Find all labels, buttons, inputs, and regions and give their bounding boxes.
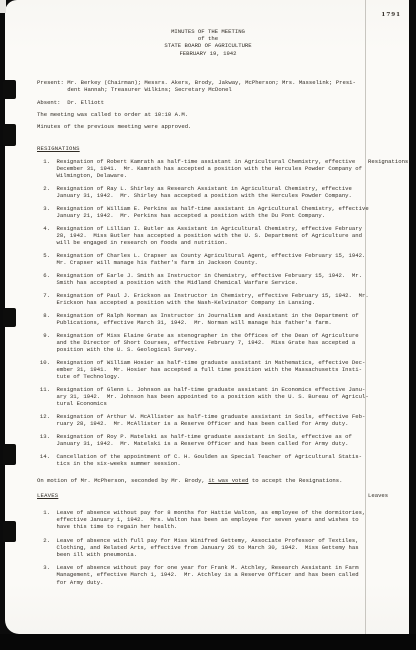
scanned-minutes-page: 1791 MINUTES OF THE MEETING of the STATE…	[0, 0, 416, 650]
resignation-item: 1. Resignation of Robert Kamrath as half…	[37, 158, 369, 180]
item-number: 1.	[37, 509, 50, 531]
motion-text-pre: On motion of Mr. McPherson, seconded by …	[37, 477, 208, 484]
present-line: dent Hannah; Treasurer Wilkins; Secretar…	[37, 86, 367, 93]
resignations-list: 1. Resignation of Robert Kamrath as half…	[37, 158, 369, 473]
item-number: 7.	[37, 292, 50, 306]
resignation-item: 7. Resignation of Paul J. Erickson as In…	[37, 292, 369, 306]
binder-hole-mark	[3, 124, 16, 146]
binder-hole-mark	[3, 521, 16, 542]
item-text: Resignation of Ray L. Shirley as Researc…	[57, 185, 352, 199]
item-text: Resignation of Ralph Norman as Instructo…	[57, 312, 359, 326]
resignation-item: 9. Resignation of Miss Elaine Grate as s…	[37, 332, 369, 354]
leave-item: 2. Leave of absence with full pay for Mi…	[37, 537, 369, 559]
resignations-motion-line: On motion of Mr. McPherson, seconded by …	[37, 477, 369, 484]
item-text: Resignation of William Hosier as half-ti…	[57, 359, 366, 381]
item-text: Resignation of Arthur W. McAllister as h…	[57, 413, 366, 427]
item-text: Resignation of Glenn L. Johnson as half-…	[57, 386, 369, 408]
item-number: 13.	[37, 433, 50, 447]
item-number: 2.	[37, 537, 50, 559]
item-number: 1.	[37, 158, 50, 180]
absent-line: Absent: Dr. Elliott	[37, 99, 367, 106]
resignation-item: 8. Resignation of Ralph Norman as Instru…	[37, 312, 369, 326]
resignation-item: 10. Resignation of William Hosier as hal…	[37, 359, 369, 381]
resignation-item: 14. Cancellation of the appointment of C…	[37, 453, 369, 467]
leave-item: 3. Leave of absence without pay for one …	[37, 564, 369, 586]
item-text: Resignation of Lillian I. Butler as Assi…	[57, 225, 362, 247]
item-number: 4.	[37, 225, 50, 247]
resignations-heading: RESIGNATIONS	[37, 145, 80, 152]
present-line: Present: Mr. Berkey (Chairman); Messrs. …	[37, 79, 367, 86]
item-text: Cancellation of the appointment of C. H.…	[57, 453, 362, 467]
title-line-4: FEBRUARY 19, 1942	[37, 50, 379, 57]
item-text: Resignation of Robert Kamrath as half-ti…	[57, 158, 362, 180]
item-number: 11.	[37, 386, 50, 408]
item-number: 9.	[37, 332, 50, 354]
document-page: 1791 MINUTES OF THE MEETING of the STATE…	[5, 0, 409, 634]
page-number: 1791	[381, 12, 401, 19]
item-number: 3.	[37, 205, 50, 219]
item-number: 14.	[37, 453, 50, 467]
binder-hole-mark	[3, 444, 16, 465]
resignation-item: 2. Resignation of Ray L. Shirley as Rese…	[37, 185, 369, 199]
binder-hole-mark	[3, 308, 16, 327]
item-text: Leave of absence without pay for one yea…	[57, 564, 359, 586]
item-number: 8.	[37, 312, 50, 326]
resignation-item: 11. Resignation of Glenn L. Johnson as h…	[37, 386, 369, 408]
resignation-item: 5. Resignation of Charles L. Crapser as …	[37, 252, 369, 266]
item-number: 2.	[37, 185, 50, 199]
resignation-item: 13. Resignation of Roy P. Matelski as ha…	[37, 433, 369, 447]
leaves-margin-note: Leaves	[368, 492, 412, 499]
binder-hole-mark	[3, 80, 16, 99]
item-text: Resignation of Roy P. Matelski as half-t…	[57, 433, 352, 447]
item-text: Resignation of William E. Perkins as hal…	[57, 205, 369, 219]
scan-bottom-edge	[0, 634, 416, 650]
item-text: Leave of absence with full pay for Miss …	[57, 537, 359, 559]
item-number: 10.	[37, 359, 50, 381]
document-title: MINUTES OF THE MEETING of the STATE BOAR…	[37, 28, 379, 57]
motion-text-underlined: it was voted	[208, 477, 248, 484]
present-list: Present: Mr. Berkey (Chairman); Messrs. …	[37, 79, 367, 93]
item-text: Leave of absence without pay for 8 month…	[57, 509, 366, 531]
called-to-order-line: The meeting was called to order at 10:10…	[37, 111, 367, 118]
title-line-3: STATE BOARD OF AGRICULTURE	[37, 42, 379, 49]
binder-hole-marks	[0, 0, 20, 650]
resignation-item: 6. Resignation of Earle J. Smith as Inst…	[37, 272, 369, 286]
resignation-item: 12. Resignation of Arthur W. McAllister …	[37, 413, 369, 427]
minutes-approved-line: Minutes of the previous meeting were app…	[37, 123, 367, 130]
item-number: 3.	[37, 564, 50, 586]
title-line-2: of the	[37, 35, 379, 42]
item-number: 5.	[37, 252, 50, 266]
leave-item: 1. Leave of absence without pay for 8 mo…	[37, 509, 369, 531]
resignations-margin-note: Resignations	[368, 158, 412, 165]
item-text: Resignation of Charles L. Crapser as Cou…	[57, 252, 366, 266]
item-number: 12.	[37, 413, 50, 427]
motion-text-post: to accept the Resignations.	[249, 477, 343, 484]
resignation-item: 3. Resignation of William E. Perkins as …	[37, 205, 369, 219]
attendance-block: Present: Mr. Berkey (Chairman); Messrs. …	[37, 79, 367, 131]
leaves-heading: LEAVES	[37, 492, 58, 499]
title-line-1: MINUTES OF THE MEETING	[37, 28, 379, 35]
resignation-item: 4. Resignation of Lillian I. Butler as A…	[37, 225, 369, 247]
item-text: Resignation of Earle J. Smith as Instruc…	[57, 272, 362, 286]
item-number: 6.	[37, 272, 50, 286]
item-text: Resignation of Miss Elaine Grate as sten…	[57, 332, 359, 354]
leaves-list: 1. Leave of absence without pay for 8 mo…	[37, 509, 369, 592]
item-text: Resignation of Paul J. Erickson as Instr…	[57, 292, 369, 306]
